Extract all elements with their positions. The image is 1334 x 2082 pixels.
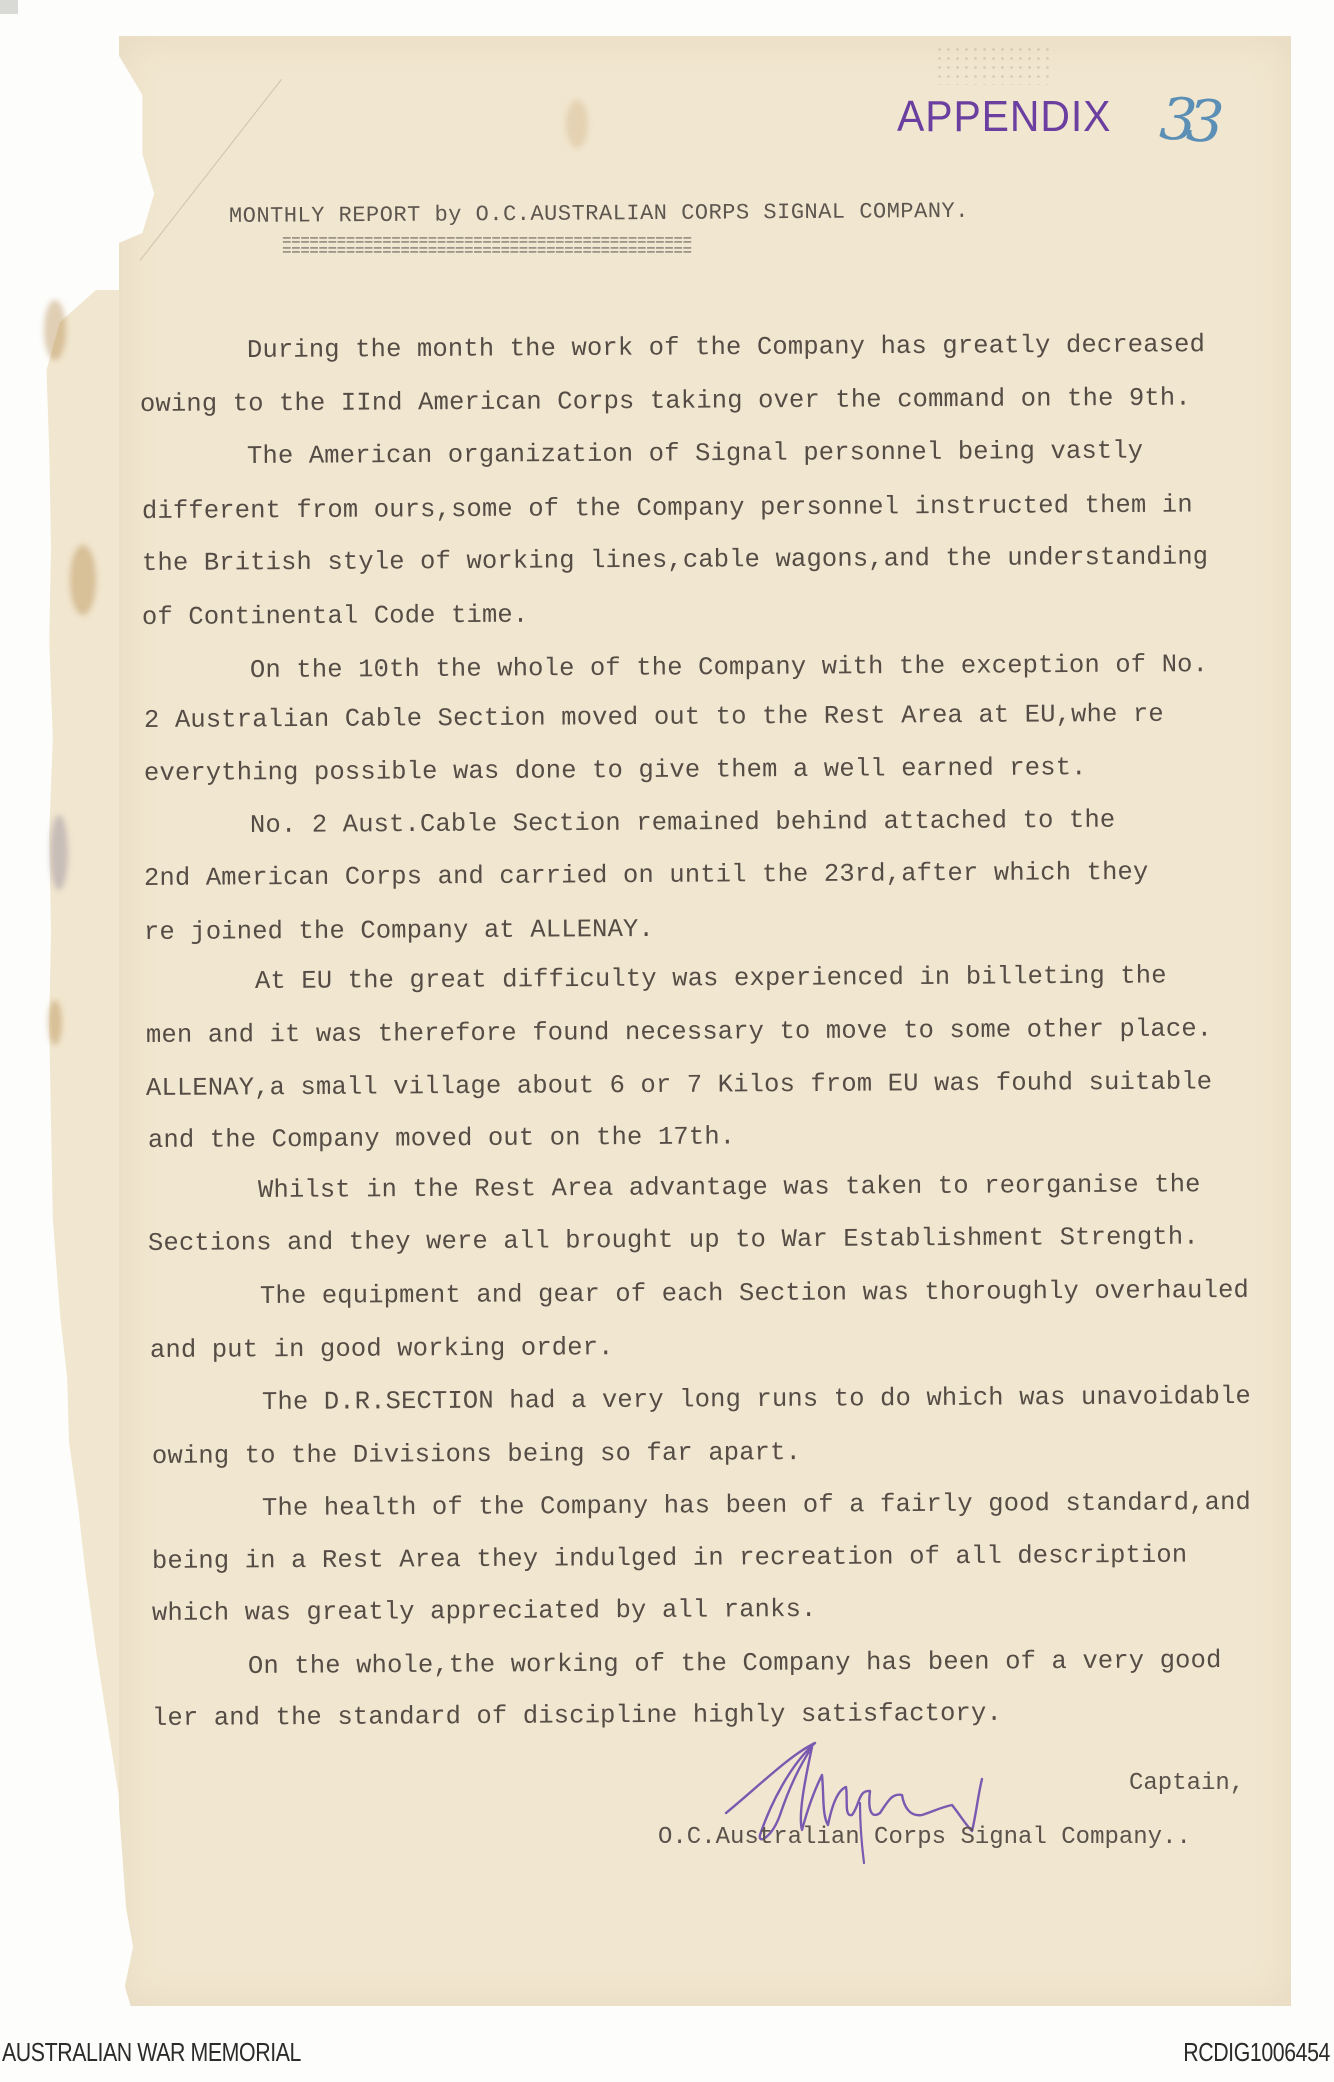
signature-block: O.C.Australian Corps Signal Company.. [658,1824,1191,1851]
paragraph-first-line: The equipment and gear of each Section w… [260,1276,1249,1312]
paragraph-first-line: The D.R.SECTION had a very long runs to … [262,1382,1251,1418]
paragraph-line: 2nd American Corps and carried on until … [144,858,1149,894]
document-title: MONTHLY REPORT by O.C.AUSTRALIAN CORPS S… [229,199,969,229]
paragraph-first-line: Whilst in the Rest Area advantage was ta… [258,1170,1201,1206]
footer-institution: AUSTRALIAN WAR MEMORIAL [2,2037,301,2068]
footer-catalogue-id: RCDIG1006454 [1183,2037,1330,2068]
scan-corner-mark [0,0,18,14]
paragraph-first-line: The health of the Company has been of a … [262,1488,1251,1524]
paragraph-line: which was greatly appreciated by all ran… [152,1595,817,1629]
paragraph-line: different from ours,some of the Company … [142,491,1193,527]
paragraph-line: everything possible was done to give the… [144,753,1087,789]
faint-stamp-mark [935,45,1055,85]
stain-mark [44,300,66,360]
paragraph-line: Sections and they were all brought up to… [148,1223,1199,1259]
paragraph-first-line: At EU the great difficulty was experienc… [255,961,1167,997]
paragraph-line: being in a Rest Area they indulged in re… [152,1541,1187,1577]
stain-mark [566,100,588,148]
stain-mark [48,1000,62,1045]
paragraph-line: ler and the standard of discipline highl… [152,1699,1002,1734]
title-underline-row-2: ========================================… [282,246,692,256]
stain-mark [50,815,68,890]
paragraph-line: owing to the IInd American Corps taking … [140,384,1191,420]
paragraph-first-line: On the whole,the working of the Company … [248,1646,1222,1682]
paragraph-first-line: No. 2 Aust.Cable Section remained behind… [250,806,1116,841]
stain-mark [70,545,96,615]
paragraph-first-line: The American organization of Signal pers… [247,437,1143,472]
appendix-number: 33 [1158,84,1216,156]
paragraph-line: re joined the Company at ALLENAY. [144,915,654,948]
appendix-stamp: APPENDIX [897,92,1111,142]
paragraph-first-line: On the 10th the whole of the Company wit… [250,650,1208,686]
paragraph-line: 2 Australian Cable Section moved out to … [144,700,1164,736]
rank-label: Captain, [1129,1770,1244,1797]
paragraph-first-line: During the month the work of the Company… [247,330,1205,366]
paragraph-line: of Continental Code time. [142,601,528,633]
paragraph-line: owing to the Divisions being so far apar… [152,1438,801,1472]
title-underline: ========================================… [282,236,692,256]
paragraph-line: and the Company moved out on the 17th. [148,1122,735,1156]
paragraph-line: and put in good working order. [150,1333,614,1366]
